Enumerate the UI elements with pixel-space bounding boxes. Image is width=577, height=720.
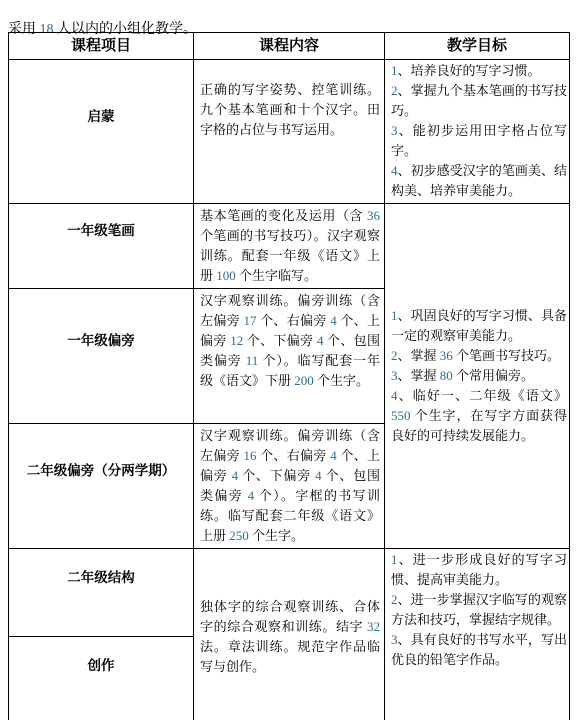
goal-item: 4、初步感受汉字的笔画美、结构美、培养审美能力。 (391, 161, 567, 201)
label-chuangzuo: 创作 (9, 637, 194, 720)
goal-item: 3、能初步运用田字格占位写字。 (391, 121, 567, 161)
goals-structure-creation: 1、进一步形成良好的写字习惯、提高审美能力。 2、进一步掌握汉字临写的观察方法和… (385, 549, 570, 720)
content-structure-creation: 独体字的综合观察训练、合体字的综合观察和训练。结字 32 法。章法训练。规范字作… (194, 549, 385, 720)
goals-grade1-grade2: 1、巩固良好的写字习惯、具备一定的观察审美能力。 2、掌握 36 个笔画书写技巧… (385, 204, 570, 549)
goal-item: 2、掌握 36 个笔画书写技巧。 (391, 346, 567, 366)
goal-item: 2、掌握九个基本笔画的书写技巧。 (391, 81, 567, 121)
header-course-content: 课程内容 (194, 33, 385, 60)
header-row: 课程项目 课程内容 教学目标 (9, 33, 570, 60)
row-qimeng: 启蒙 正确的写字姿势、控笔训练。九个基本笔画和十个汉字。田字格的占位与书写运用。… (9, 60, 570, 204)
row-grade1-strokes: 一年级笔画 基本笔画的变化及运用（含 36 个笔画的书写技巧）。汉字观察训练。配… (9, 204, 570, 289)
content-qimeng: 正确的写字姿势、控笔训练。九个基本笔画和十个汉字。田字格的占位与书写运用。 (194, 60, 385, 204)
label-grade1-radicals: 一年级偏旁 (9, 289, 194, 424)
content-grade2-radicals: 汉字观察训练。偏旁训练（含左偏旁 16 个、右偏旁 4 个、上偏旁 4 个、下偏… (194, 424, 385, 549)
header-course-item: 课程项目 (9, 33, 194, 60)
goals-qimeng: 1、培养良好的写字习惯。 2、掌握九个基本笔画的书写技巧。 3、能初步运用田字格… (385, 60, 570, 204)
goal-item: 4、临好一、二年级《语文》550 个生字，在写字方面获得良好的可持续发展能力。 (391, 386, 567, 446)
row-grade2-structure: 二年级结构 独体字的综合观察训练、合体字的综合观察和训练。结字 32 法。章法训… (9, 549, 570, 637)
label-grade2-radicals: 二年级偏旁（分两学期） (9, 424, 194, 549)
content-grade1-strokes: 基本笔画的变化及运用（含 36 个笔画的书写技巧）。汉字观察训练。配套一年级《语… (194, 204, 385, 289)
label-grade1-strokes: 一年级笔画 (9, 204, 194, 289)
label-grade2-structure: 二年级结构 (9, 549, 194, 637)
content-grade1-radicals: 汉字观察训练。偏旁训练（含左偏旁 17 个、右偏旁 4 个、上偏旁 12 个、下… (194, 289, 385, 424)
goal-item: 3、具有良好的书写水平，写出优良的铅笔字作品。 (391, 630, 567, 670)
goal-item: 1、巩固良好的写字习惯、具备一定的观察审美能力。 (391, 306, 567, 346)
label-qimeng: 启蒙 (9, 60, 194, 204)
document-page: 采用 18 人以内的小组化教学。 课程项目 课程内容 教学目标 启蒙 正确的写字… (0, 0, 577, 720)
header-teaching-goals: 教学目标 (385, 33, 570, 60)
goal-item: 3、掌握 80 个常用偏旁。 (391, 366, 567, 386)
goal-item: 2、进一步掌握汉字临写的观察方法和技巧，掌握结字规律。 (391, 590, 567, 630)
curriculum-table: 课程项目 课程内容 教学目标 启蒙 正确的写字姿势、控笔训练。九个基本笔画和十个… (8, 32, 570, 720)
goal-item: 1、进一步形成良好的写字习惯、提高审美能力。 (391, 550, 567, 590)
goal-item: 1、培养良好的写字习惯。 (391, 61, 567, 81)
